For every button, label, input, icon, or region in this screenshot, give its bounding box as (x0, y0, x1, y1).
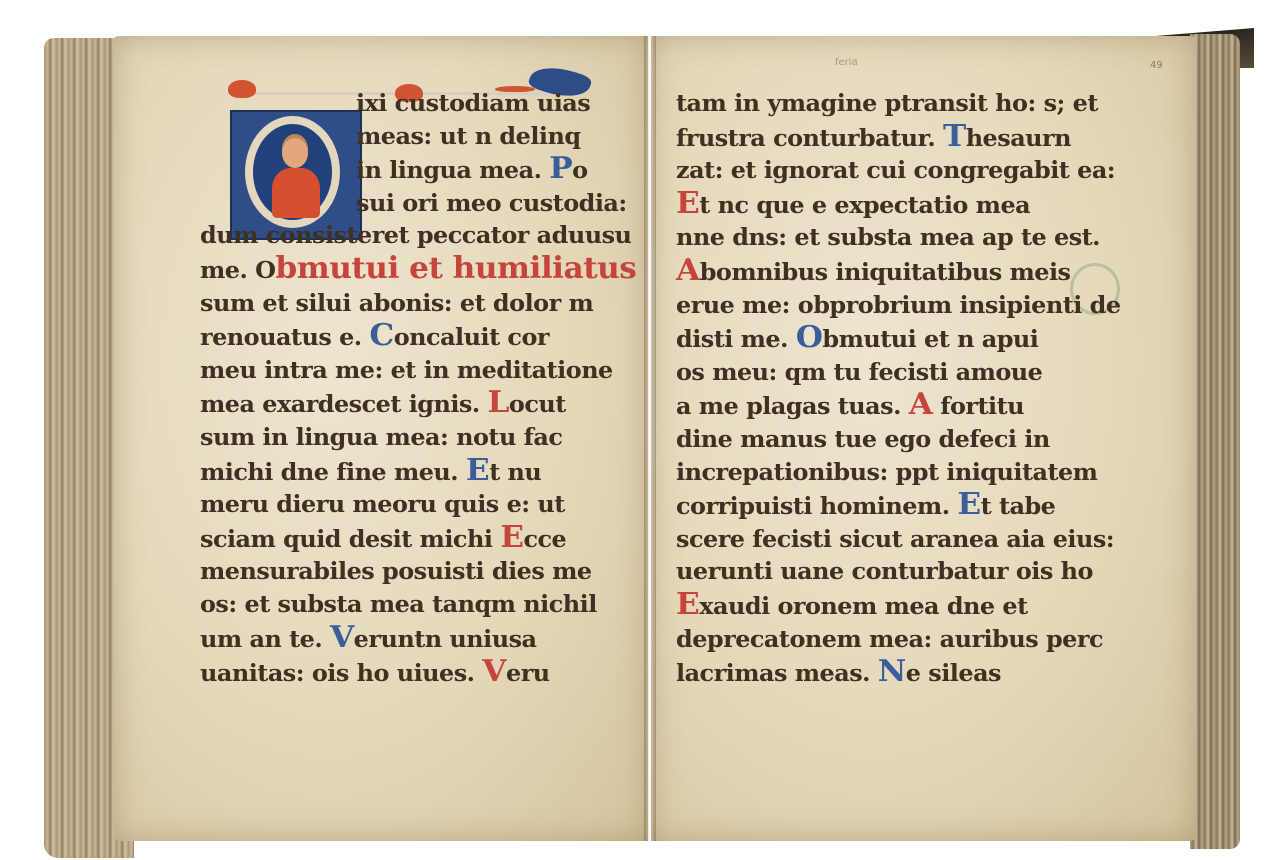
text-segment: renouatus e. (200, 324, 369, 351)
text-segment: eruntn uniusa (354, 626, 537, 653)
text-line: zat: et ignorat cui congregabit ea: (676, 155, 1121, 188)
text-line: dum consisteret peccator aduusu (200, 220, 636, 253)
text-line: mea exardescet ignis. Locut (200, 387, 636, 422)
text-segment: tam in ymagine ptransit ho: s; et (676, 90, 1098, 117)
text-line: frustra conturbatur. Thesaurn (676, 121, 1121, 156)
text-line: sum in lingua mea: notu fac (200, 422, 636, 455)
text-segment: michi dne fine meu. (200, 459, 466, 486)
rubricated-initial: A (909, 387, 933, 422)
text-segment: frustra conturbatur. (676, 125, 943, 152)
text-line: Exaudi oronem mea dne et (676, 589, 1121, 624)
text-line: sui ori meo custodia: (200, 188, 636, 221)
right-page-text: tam in ymagine ptransit ho: s; etfrustra… (676, 88, 1103, 691)
text-segment: ixi custodiam uias (356, 90, 590, 117)
text-line: Et nc que e expectatio mea (676, 188, 1121, 223)
text-segment: meas: ut n delinq (356, 123, 581, 150)
text-segment: corripuisti hominem. (676, 493, 957, 520)
text-segment: ocut (509, 391, 566, 418)
text-line: lacrimas meas. Ne sileas (676, 656, 1121, 691)
rubricated-initial: O (796, 320, 823, 355)
text-segment: O (255, 257, 275, 284)
text-segment: cce (523, 526, 566, 553)
rubricated-initial: E (676, 186, 699, 221)
text-segment: a me plagas tuas. (676, 393, 909, 420)
text-segment: sum et silui abonis: et dolor m (200, 290, 593, 317)
text-line: um an te. Veruntn uniusa (200, 622, 636, 657)
text-segment: xaudi oronem mea dne et (699, 593, 1027, 620)
text-segment: t nu (489, 459, 541, 486)
text-segment: uanitas: ois ho uiues. (200, 660, 482, 687)
rubricated-initial: E (466, 453, 489, 488)
text-segment: uerunti uane conturbatur ois ho (676, 558, 1093, 585)
text-line: ixi custodiam uias (200, 88, 636, 121)
text-line: uanitas: ois ho uiues. Veru (200, 656, 636, 691)
text-segment: scere fecisti sicut aranea aia eius: (676, 526, 1114, 553)
text-line: tam in ymagine ptransit ho: s; et (676, 88, 1121, 121)
text-line: os: et substa mea tanqm nichil (200, 589, 636, 622)
rubricated-initial: E (500, 520, 523, 555)
right-page-stack (1190, 34, 1240, 849)
text-segment: t tabe (981, 493, 1056, 520)
text-line: meu intra me: et in meditatione (200, 355, 636, 388)
text-line: dine manus tue ego defeci in (676, 424, 1121, 457)
text-line: scere fecisti sicut aranea aia eius: (676, 524, 1121, 557)
text-segment: sciam quid desit michi (200, 526, 500, 553)
text-line: erue me: obprobrium insipienti de (676, 290, 1121, 323)
text-line: Abomnibus iniquitatibus meis (676, 255, 1121, 290)
rubricated-initial: V (482, 654, 506, 689)
rubricated-initial: bmutui et humiliatus (275, 251, 636, 286)
text-segment: oncaluit cor (394, 324, 549, 351)
text-segment: disti me. (676, 326, 796, 353)
text-line: nne dns: et substa mea ap te est. (676, 222, 1121, 255)
text-segment: os: et substa mea tanqm nichil (200, 591, 597, 618)
text-line: meas: ut n delinq (200, 121, 636, 154)
rubricated-initial: L (487, 385, 508, 420)
text-line: increpationibus: ppt iniquitatem (676, 457, 1121, 490)
text-line: corripuisti hominem. Et tabe (676, 489, 1121, 524)
text-segment: dum consisteret peccator aduusu (200, 222, 631, 249)
rubricated-initial: E (676, 587, 699, 622)
text-segment: in lingua mea. (356, 157, 549, 184)
text-segment: sui ori meo custodia: (356, 190, 627, 217)
rubricated-initial: T (943, 119, 966, 154)
text-line: renouatus e. Concaluit cor (200, 320, 636, 355)
text-segment: t nc que e expectatio mea (699, 192, 1030, 219)
book-gutter (644, 36, 656, 841)
rubricated-initial: V (330, 620, 354, 655)
text-line: sum et silui abonis: et dolor m (200, 288, 636, 321)
text-line: sciam quid desit michi Ecce (200, 522, 636, 557)
text-segment: me. (200, 257, 255, 284)
text-segment: hesaurn (966, 125, 1071, 152)
text-line: in lingua mea. Po (200, 153, 636, 188)
text-segment: eru (506, 660, 550, 687)
text-segment: mea exardescet ignis. (200, 391, 487, 418)
text-segment: e sileas (906, 660, 1001, 687)
text-segment: meu intra me: et in meditatione (200, 357, 613, 384)
text-segment: deprecatonem mea: auribus perc (676, 626, 1103, 653)
text-segment: um an te. (200, 626, 330, 653)
marginal-note: feria (835, 57, 858, 68)
text-line: os meu: qm tu fecisti amoue (676, 357, 1121, 390)
text-segment: meru dieru meoru quis e: ut (200, 491, 565, 518)
text-line: michi dne fine meu. Et nu (200, 455, 636, 490)
text-line: disti me. Obmutui et n apui (676, 322, 1121, 357)
text-line: uerunti uane conturbatur ois ho (676, 556, 1121, 589)
rubricated-initial: E (957, 487, 980, 522)
text-segment: o (572, 157, 587, 184)
text-segment: lacrimas meas. (676, 660, 878, 687)
rubricated-initial: A (676, 253, 700, 288)
text-line: mensurabiles posuisti dies me (200, 556, 636, 589)
rubricated-initial: N (878, 654, 906, 689)
folio-number: 49 (1150, 60, 1163, 71)
text-segment: mensurabiles posuisti dies me (200, 558, 592, 585)
text-segment: increpationibus: ppt iniquitatem (676, 459, 1097, 486)
rubricated-initial: C (369, 318, 393, 353)
text-segment: bmutui et n apui (822, 326, 1038, 353)
text-line: a me plagas tuas. A fortitu (676, 389, 1121, 424)
text-segment: fortitu (932, 393, 1024, 420)
left-page-text: ixi custodiam uiasmeas: ut n delinqin li… (200, 88, 620, 691)
text-segment: os meu: qm tu fecisti amoue (676, 359, 1042, 386)
text-segment: erue me: obprobrium insipienti de (676, 292, 1121, 319)
text-segment: zat: et ignorat cui congregabit ea: (676, 157, 1115, 184)
text-segment: nne dns: et substa mea ap te est. (676, 224, 1100, 251)
text-line: meru dieru meoru quis e: ut (200, 489, 636, 522)
text-line: deprecatonem mea: auribus perc (676, 624, 1121, 657)
text-segment: dine manus tue ego defeci in (676, 426, 1050, 453)
text-line: me. Obmutui et humiliatus (200, 253, 636, 288)
text-segment: sum in lingua mea: notu fac (200, 424, 562, 451)
text-segment: bomnibus iniquitatibus meis (700, 259, 1071, 286)
rubricated-initial: P (549, 151, 572, 186)
